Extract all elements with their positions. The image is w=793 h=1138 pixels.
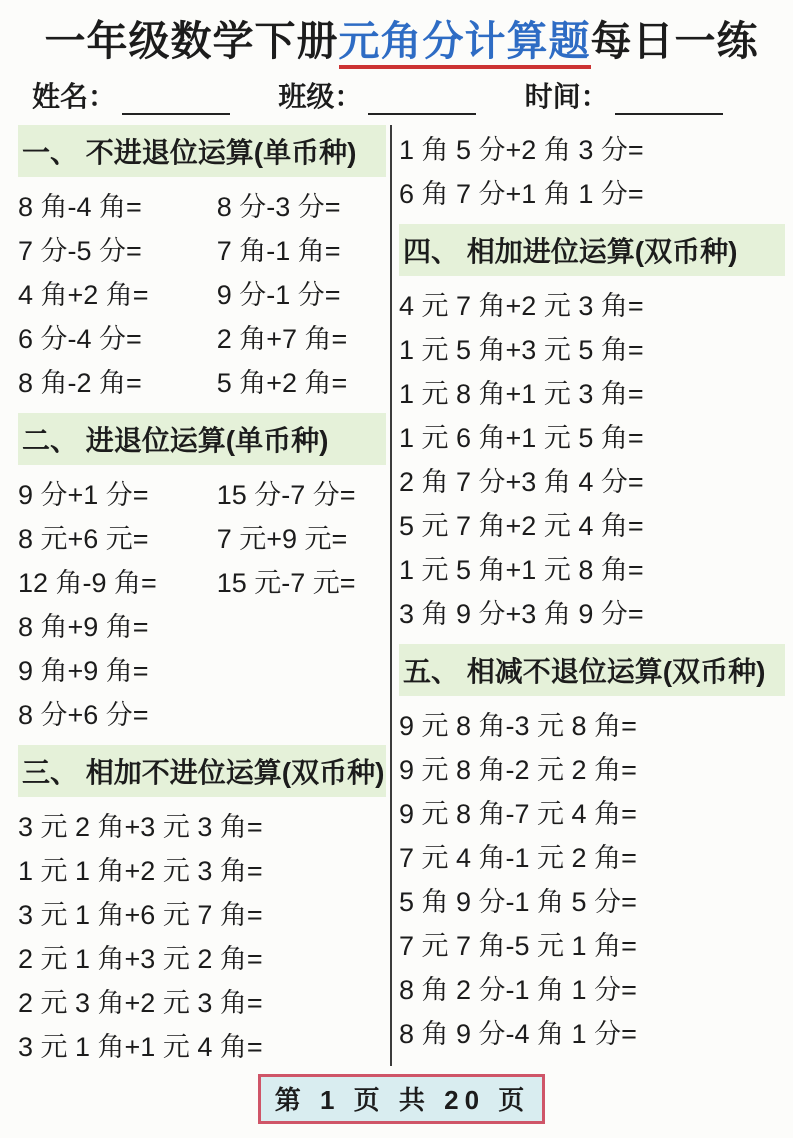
title-suffix: 每日一练 [591, 18, 759, 64]
problem: 7 分-5 分= [18, 229, 217, 268]
problem: 7 元 4 角-1 元 2 角= [399, 836, 637, 875]
problem: 9 元 8 角-2 元 2 角= [399, 748, 637, 787]
problem-row: 4 元 7 角+2 元 3 角= [399, 281, 785, 325]
problem: 9 分-1 分= [217, 273, 341, 312]
page-indicator: 第 1 页 共 20 页 [258, 1074, 546, 1124]
problem: 7 角-1 角= [217, 229, 341, 268]
problem: 2 角 7 分+3 角 4 分= [399, 460, 644, 499]
problem: 2 元 1 角+3 元 2 角= [18, 937, 263, 976]
problem: 4 角+2 角= [18, 273, 217, 312]
problem-row: 8 角-4 角=8 分-3 分= [18, 182, 386, 226]
problem: 9 元 8 角-7 元 4 角= [399, 792, 637, 831]
problem: 2 角+7 角= [217, 317, 348, 356]
problem-row: 6 角 7 分+1 角 1 分= [399, 169, 785, 213]
problem: 15 元-7 元= [217, 561, 356, 600]
problem: 7 元 7 角-5 元 1 角= [399, 924, 637, 963]
name-field: 姓名： [32, 75, 278, 115]
problem-row: 3 角 9 分+3 角 9 分= [399, 589, 785, 633]
problem: 9 角+9 角= [18, 649, 149, 688]
column-right: 1 角 5 分+2 角 3 分=6 角 7 分+1 角 1 分=四、 相加进位运… [392, 125, 785, 1066]
problem: 5 角+2 角= [217, 361, 348, 400]
time-field: 时间： [525, 75, 771, 115]
problem-row: 1 元 6 角+1 元 5 角= [399, 413, 785, 457]
worksheet-page: 一年级数学下册元角分计算题每日一练 姓名： 班级： 时间： 一、 不进退位运算(… [0, 0, 793, 1138]
problem-row: 8 角 9 分-4 角 1 分= [399, 1009, 785, 1053]
time-blank [615, 87, 723, 115]
problem-row: 7 分-5 分=7 角-1 角= [18, 226, 386, 270]
class-label: 班级： [278, 75, 362, 115]
problem-row: 3 元 2 角+3 元 3 角= [18, 802, 386, 846]
problem: 6 角 7 分+1 角 1 分= [399, 172, 644, 211]
problem-row: 1 元 5 角+3 元 5 角= [399, 325, 785, 369]
problem-row: 8 角+9 角= [18, 602, 386, 646]
time-label: 时间： [525, 75, 609, 115]
section-heading: 二、 进退位运算(单币种) [18, 413, 386, 465]
problem-row: 1 元 8 角+1 元 3 角= [399, 369, 785, 413]
problem-row: 1 元 5 角+1 元 8 角= [399, 545, 785, 589]
section-heading: 一、 不进退位运算(单币种) [18, 125, 386, 177]
problem-row: 8 角-2 角=5 角+2 角= [18, 358, 386, 402]
page-title: 一年级数学下册元角分计算题每日一练 [18, 14, 785, 69]
problem: 7 元+9 元= [217, 517, 348, 556]
problem: 8 角-4 角= [18, 185, 217, 224]
problem-row: 5 角 9 分-1 角 5 分= [399, 877, 785, 921]
title-highlight: 元角分计算题 [339, 18, 591, 69]
problem-row: 6 分-4 分=2 角+7 角= [18, 314, 386, 358]
section-heading: 三、 相加不进位运算(双币种) [18, 745, 386, 797]
problem-row: 7 元 7 角-5 元 1 角= [399, 921, 785, 965]
problem: 5 角 9 分-1 角 5 分= [399, 880, 637, 919]
problem: 1 角 5 分+2 角 3 分= [399, 128, 644, 167]
column-left: 一、 不进退位运算(单币种)8 角-4 角=8 分-3 分=7 分-5 分=7 … [18, 125, 390, 1066]
problem-row: 9 元 8 角-2 元 2 角= [399, 745, 785, 789]
problem-row: 9 角+9 角= [18, 646, 386, 690]
problem: 1 元 5 角+3 元 5 角= [399, 328, 644, 367]
class-blank [368, 87, 476, 115]
problem-row: 2 元 1 角+3 元 2 角= [18, 934, 386, 978]
problem-row: 9 元 8 角-3 元 8 角= [399, 701, 785, 745]
problem-row: 2 角 7 分+3 角 4 分= [399, 457, 785, 501]
problem: 1 元 5 角+1 元 8 角= [399, 548, 644, 587]
name-blank [122, 87, 230, 115]
problem-row: 1 角 5 分+2 角 3 分= [399, 125, 785, 169]
problem-row: 12 角-9 角=15 元-7 元= [18, 558, 386, 602]
problem-row: 5 元 7 角+2 元 4 角= [399, 501, 785, 545]
problem: 8 分+6 分= [18, 693, 149, 732]
problem: 9 分+1 分= [18, 473, 217, 512]
name-label: 姓名： [32, 75, 116, 115]
problem: 15 分-7 分= [217, 473, 356, 512]
page-footer: 第 1 页 共 20 页 [18, 1066, 785, 1128]
problem-row: 8 分+6 分= [18, 690, 386, 734]
worksheet-columns: 一、 不进退位运算(单币种)8 角-4 角=8 分-3 分=7 分-5 分=7 … [18, 125, 785, 1066]
problem-row: 8 元+6 元=7 元+9 元= [18, 514, 386, 558]
problem: 3 元 1 角+1 元 4 角= [18, 1025, 263, 1064]
problem: 8 元+6 元= [18, 517, 217, 556]
problem: 5 元 7 角+2 元 4 角= [399, 504, 644, 543]
problem-row: 1 元 1 角+2 元 3 角= [18, 846, 386, 890]
problem-row: 8 角 2 分-1 角 1 分= [399, 965, 785, 1009]
problem: 1 元 1 角+2 元 3 角= [18, 849, 263, 888]
problem-row: 3 元 1 角+1 元 4 角= [18, 1022, 386, 1066]
problem: 8 角 9 分-4 角 1 分= [399, 1012, 637, 1051]
problem: 9 元 8 角-3 元 8 角= [399, 704, 637, 743]
problem: 3 角 9 分+3 角 9 分= [399, 592, 644, 631]
title-prefix: 一年级数学下册 [45, 18, 339, 64]
problem: 1 元 8 角+1 元 3 角= [399, 372, 644, 411]
problem: 12 角-9 角= [18, 561, 217, 600]
class-field: 班级： [278, 75, 524, 115]
problem-row: 9 分+1 分=15 分-7 分= [18, 470, 386, 514]
problem-row: 9 元 8 角-7 元 4 角= [399, 789, 785, 833]
problem: 8 角 2 分-1 角 1 分= [399, 968, 637, 1007]
problem: 8 角+9 角= [18, 605, 149, 644]
problem: 3 元 1 角+6 元 7 角= [18, 893, 263, 932]
info-row: 姓名： 班级： 时间： [18, 75, 785, 119]
problem: 8 角-2 角= [18, 361, 217, 400]
problem: 3 元 2 角+3 元 3 角= [18, 805, 263, 844]
section-heading: 四、 相加进位运算(双币种) [399, 224, 785, 276]
problem: 4 元 7 角+2 元 3 角= [399, 284, 644, 323]
problem: 8 分-3 分= [217, 185, 341, 224]
problem-row: 2 元 3 角+2 元 3 角= [18, 978, 386, 1022]
problem-row: 7 元 4 角-1 元 2 角= [399, 833, 785, 877]
section-heading: 五、 相减不退位运算(双币种) [399, 644, 785, 696]
problem-row: 3 元 1 角+6 元 7 角= [18, 890, 386, 934]
problem: 2 元 3 角+2 元 3 角= [18, 981, 263, 1020]
problem: 6 分-4 分= [18, 317, 217, 356]
problem: 1 元 6 角+1 元 5 角= [399, 416, 644, 455]
problem-row: 4 角+2 角=9 分-1 分= [18, 270, 386, 314]
